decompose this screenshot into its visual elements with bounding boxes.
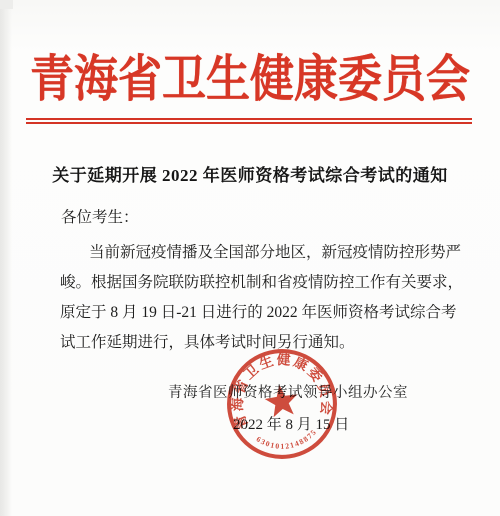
letterhead-double-rule (26, 118, 472, 124)
official-seal-graphic: 青海省卫生健康委员会 6301012148875 (218, 340, 347, 469)
scanned-notice-page: 青海省卫生健康委员会 关于延期开展 2022 年医师资格考试综合考试的通知 各位… (0, 0, 500, 516)
notice-title: 关于延期开展 2022 年医师资格考试综合考试的通知 (0, 163, 500, 189)
salutation: 各位考生： (61, 206, 139, 230)
scan-top-left-corner-shade (0, 0, 13, 9)
letterhead-org-name: 青海省卫生健康委员会 (30, 50, 470, 108)
body-line: 峻。根据国务院联防联控机制和省疫情防控工作有关要求， (60, 268, 458, 298)
body-line: 当前新冠疫情播及全国部分地区，新冠疫情防控形势严 (60, 238, 458, 268)
seal-star-icon (263, 383, 300, 419)
notice-body: 当前新冠疫情播及全国部分地区，新冠疫情防控形势严 峻。根据国务院联防联控机制和省… (60, 238, 458, 358)
scan-left-edge-shadow (0, 0, 12, 516)
official-seal: 青海省卫生健康委员会 6301012148875 (218, 340, 347, 469)
body-line: 原定于 8 月 19 日-21 日进行的 2022 年医师资格考试综合考 (60, 298, 458, 328)
